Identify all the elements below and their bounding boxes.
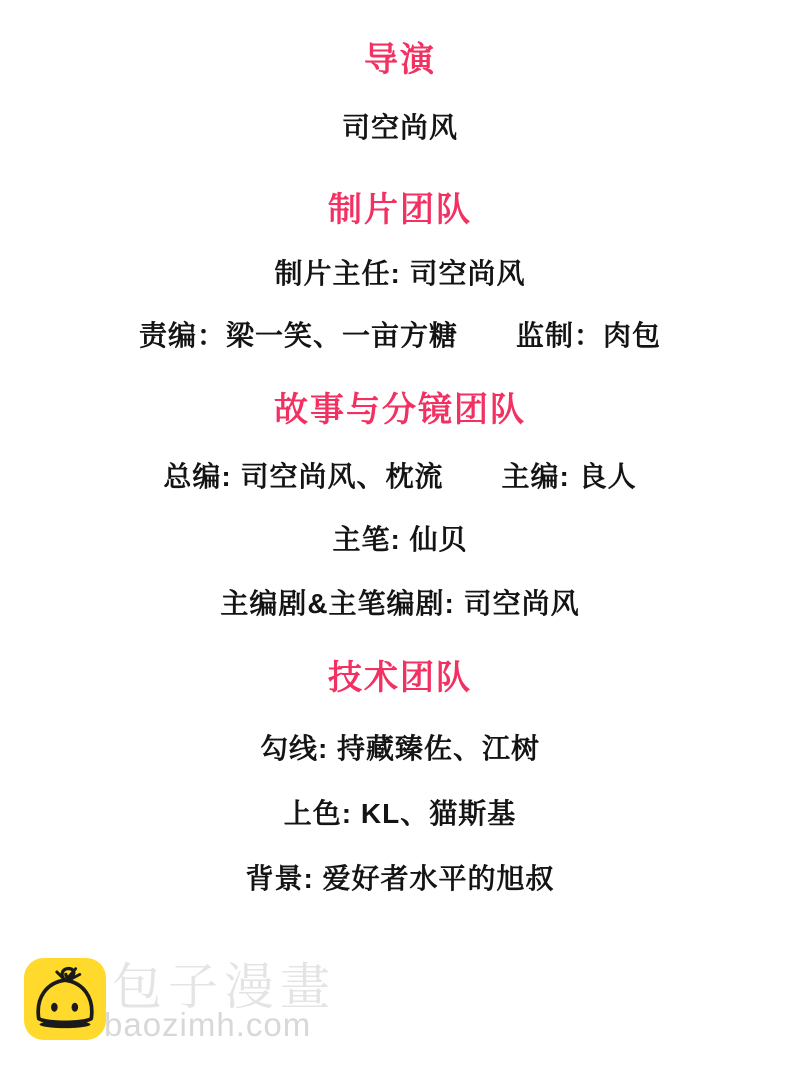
credit-line-director-name: 司空尚风 bbox=[0, 112, 800, 144]
credit-line-screenwriter: 主编剧&主笔编剧: 司空尚风 bbox=[0, 588, 800, 620]
baozi-bun-icon bbox=[24, 958, 106, 1040]
credits-page: 导演 司空尚风 制片团队 制片主任: 司空尚风 责编：梁一笑、一亩方糖 监制：肉… bbox=[0, 0, 800, 1071]
section-title-director: 导演 bbox=[0, 42, 800, 79]
credit-line-editors-supervisor: 责编：梁一笑、一亩方糖 监制：肉包 bbox=[0, 320, 800, 352]
credit-line-lineart: 勾线: 持藏臻佐、江树 bbox=[0, 733, 800, 765]
watermark-site-url: baozimh.com bbox=[104, 1008, 311, 1041]
credit-line-coloring: 上色: KL、猫斯基 bbox=[0, 798, 800, 830]
credit-line-production-director: 制片主任: 司空尚风 bbox=[0, 258, 800, 290]
section-title-production-team: 制片团队 bbox=[0, 192, 800, 229]
credit-line-background: 背景: 爱好者水平的旭叔 bbox=[0, 863, 800, 895]
credit-line-chief-editors: 总编: 司空尚风、枕流 主编: 良人 bbox=[0, 461, 800, 493]
section-title-story-team: 故事与分镜团队 bbox=[0, 392, 800, 429]
credit-line-lead-artist: 主笔: 仙贝 bbox=[0, 524, 800, 556]
section-title-technical-team: 技术团队 bbox=[0, 660, 800, 697]
watermark-site-name: 包子漫畫 bbox=[112, 962, 336, 1012]
